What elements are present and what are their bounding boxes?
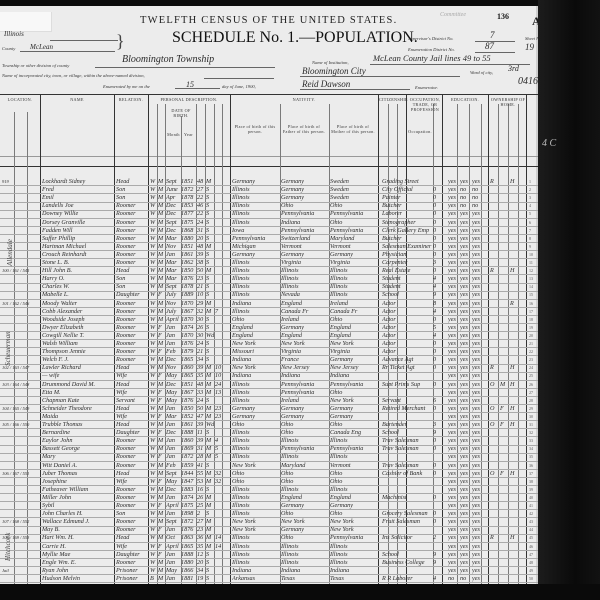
- table-row: EmilSonWMApr187822SIllinoisGermanySweden…: [0, 194, 538, 202]
- cell-year: 1872: [181, 186, 196, 194]
- cell-mbirth: Virginia: [330, 348, 378, 356]
- cell-write: yes: [460, 510, 470, 518]
- cell-write: yes: [460, 534, 470, 542]
- cell-read: yes: [448, 324, 458, 332]
- table-row: JosephineWifeWFMay184753M32OhioOhioOhioy…: [0, 478, 538, 486]
- cell-mbirth: Germany: [330, 356, 378, 364]
- cell-mo: 4: [433, 275, 441, 283]
- cell-mo: 0: [433, 462, 441, 470]
- stamp-mark: Committee: [440, 12, 466, 18]
- cell-mar: M: [206, 502, 214, 510]
- cell-year: 1870: [181, 300, 196, 308]
- cell-age: 30: [197, 316, 205, 324]
- cell-color: W: [150, 202, 157, 210]
- cell-rel: Son: [116, 275, 148, 283]
- cell-read: yes: [448, 235, 458, 243]
- cell-eng: yes: [472, 283, 482, 291]
- table-row: Etta M.WifeWFMay186733M13IllinoisPennsyl…: [0, 389, 538, 397]
- cell-occ: Laborer: [382, 210, 432, 218]
- cell-fbirth: Germany: [281, 526, 329, 534]
- cell-write: yes: [460, 502, 470, 510]
- cell-fbirth: Ireland: [281, 397, 329, 405]
- cell-occ: Actor: [382, 340, 432, 348]
- cell-color: W: [150, 210, 157, 218]
- cell-name: Ryan John: [42, 567, 114, 575]
- cell-year: 1867: [181, 308, 196, 316]
- table-row: 108 / 169 / 553Hart Wm. H.HeadWMOct18633…: [0, 534, 538, 542]
- cell-sex: F: [158, 551, 165, 559]
- cell-name: Juber Thomas: [42, 470, 114, 478]
- cell-pbirth: Illinois: [232, 502, 280, 510]
- table-row: Fatheaver WilliamRoomerWMDec188316SIllin…: [0, 486, 538, 494]
- cell-mbirth: Ohio: [330, 316, 378, 324]
- cell-name: Fred: [42, 186, 114, 194]
- cell-age: 36: [197, 534, 205, 542]
- scan-border-right: 4 C: [538, 0, 600, 600]
- cell-name: Landells Joe: [42, 202, 114, 210]
- cell-mar: S: [206, 227, 214, 235]
- cell-rel: Daughter: [116, 551, 148, 559]
- cell-year: 1874: [181, 494, 196, 502]
- cell-color: W: [150, 300, 157, 308]
- cell-pbirth: Illinois: [232, 267, 280, 275]
- cell-age: 28: [197, 453, 205, 461]
- cell-color: W: [150, 478, 157, 486]
- right-margin-note: 4 C: [542, 138, 556, 149]
- cell-age: 23: [197, 275, 205, 283]
- cell-mo: 0: [433, 316, 441, 324]
- cell-sex: M: [158, 235, 165, 243]
- cell-eng: yes: [472, 219, 482, 227]
- cell-fbirth: Germany: [281, 251, 329, 259]
- cell-age: 24: [197, 397, 205, 405]
- city-value-line: [300, 76, 460, 77]
- cell-rel: Roomer: [116, 316, 148, 324]
- cell-rel: Roomer: [116, 324, 148, 332]
- cell-mar: M: [206, 405, 214, 413]
- cell-mbirth: England: [330, 332, 378, 340]
- cell-year: 1863: [181, 534, 196, 542]
- cell-mo: 0: [433, 202, 441, 210]
- cell-rel: Roomer: [116, 348, 148, 356]
- cell-color: W: [150, 534, 157, 542]
- cell-eng: yes: [472, 381, 482, 389]
- cell-occ: City Official: [382, 186, 432, 194]
- cell-rel: Son: [116, 194, 148, 202]
- cell-occ: Machinist: [382, 494, 432, 502]
- cell-color: W: [150, 259, 157, 267]
- cell-mo: 9: [433, 291, 441, 299]
- cell-occ: Painter: [382, 194, 432, 202]
- cell-rel: Wife: [116, 478, 148, 486]
- ward-label: Ward of city,: [470, 70, 493, 75]
- table-row: 100 / 161 / 545Hill John B.HeadWMMar1850…: [0, 267, 538, 275]
- cell-read: yes: [448, 283, 458, 291]
- cell-color: W: [150, 275, 157, 283]
- cell-name: Downey Willie: [42, 210, 114, 218]
- cell-pbirth: Illinois: [232, 275, 280, 283]
- cell-line: 31: [529, 421, 537, 429]
- cell-line: 33: [529, 437, 537, 445]
- table-row: Miller JohnRoomerWMJan187426MIllinoisEng…: [0, 494, 538, 502]
- cell-read: yes: [448, 227, 458, 235]
- cell-own: R: [490, 364, 498, 372]
- table-row: John Charles H.SonWMJan18982SIllinoisOhi…: [0, 510, 538, 518]
- cell-name: Crouch Reinhardt: [42, 251, 114, 259]
- cell-eng: yes: [472, 332, 482, 340]
- table-row: Welch F. J.RoomerWMDec186534SIndianaFran…: [0, 356, 538, 364]
- cell-sex: M: [158, 227, 165, 235]
- cell-write: yes: [460, 486, 470, 494]
- cell-mbirth: Illinois: [330, 275, 378, 283]
- col-location: LOCATION.: [2, 97, 38, 102]
- cell-pbirth: Illinois: [232, 219, 280, 227]
- cell-yrs: 14: [215, 534, 222, 542]
- cell-year: 1844: [181, 470, 196, 478]
- cell-name: Stone L. B.: [42, 259, 114, 267]
- cell-pbirth: England: [232, 332, 280, 340]
- cell-line: 30: [529, 413, 537, 421]
- cell-yrs: 4: [215, 437, 222, 445]
- cell-own: O: [490, 470, 498, 478]
- col-place-father: Place of birth of Father of this person.: [281, 124, 327, 134]
- cell-sex: M: [158, 494, 165, 502]
- cell-mbirth: Pennsylvania: [330, 227, 378, 235]
- cell-eng: yes: [472, 291, 482, 299]
- cell-read: yes: [448, 470, 458, 478]
- cell-mbirth: Pennsylvania: [330, 381, 378, 389]
- cell-color: W: [150, 470, 157, 478]
- cell-occ: Trav Salesman: [382, 445, 432, 453]
- census-sheet: TWELFTH CENSUS OF THE UNITED STATES. SCH…: [0, 6, 538, 584]
- table-row: 105 / 166 / 550Trubble ThomasHeadWMJan18…: [0, 421, 538, 429]
- cell-fbirth: Canada Fr: [281, 308, 329, 316]
- table-row: Dwyer ElizabethRoomerWFJan187426SEngland…: [0, 324, 538, 332]
- cell-mbirth: Sweden: [330, 186, 378, 194]
- cell-line: 38: [529, 478, 537, 486]
- cell-name: Dorsey Granville: [42, 219, 114, 227]
- cell-fbirth: Pennsylvania: [281, 381, 329, 389]
- cell-mo: 0: [433, 219, 441, 227]
- cell-fbirth: Pennsylvania: [281, 389, 329, 397]
- cell-yrs: 14: [215, 543, 222, 551]
- cell-sex: F: [158, 453, 165, 461]
- cell-age: 10: [197, 291, 205, 299]
- cell-yrs: 32: [215, 478, 222, 486]
- cell-sex: M: [158, 219, 165, 227]
- cell-name: Eaylor John: [42, 437, 114, 445]
- cell-mbirth: Illinois: [330, 453, 378, 461]
- cell-color: W: [150, 332, 157, 340]
- cell-write: yes: [460, 316, 470, 324]
- cell-sex: M: [158, 300, 165, 308]
- cell-year: 1880: [181, 235, 196, 243]
- cell-write: yes: [460, 543, 470, 551]
- cell-fbirth: France: [281, 356, 329, 364]
- cell-fbirth: England: [281, 494, 329, 502]
- cell-color: W: [150, 227, 157, 235]
- cell-rel: Roomer: [116, 502, 148, 510]
- table-row: Mabelle L.DaughterWFJuly188910SIllinoisN…: [0, 291, 538, 299]
- table-row: MaryRoomerWFJan187228M5IllinoisIllinoisI…: [0, 453, 538, 461]
- cell-pbirth: Missouri: [232, 348, 280, 356]
- cell-pbirth: Illinois: [232, 210, 280, 218]
- cell-mbirth: Illinois: [330, 559, 378, 567]
- cell-eng: yes: [472, 551, 482, 559]
- cell-eng: yes: [472, 559, 482, 567]
- cell-mbirth: Germany: [330, 405, 378, 413]
- cell-color: W: [150, 283, 157, 291]
- table-row: Landells JoeRoomerWMDec185346SIllinoisOh…: [0, 202, 538, 210]
- cell-color: B: [150, 575, 157, 583]
- table-row: 103 / 164 / 548Drummond David M.HeadWMDe…: [0, 381, 538, 389]
- institution-line: [370, 64, 530, 65]
- cell-name: Sybil: [42, 502, 114, 510]
- cell-name: Charles W.: [42, 283, 114, 291]
- cell-mar: M: [206, 308, 214, 316]
- cell-name: Mary: [42, 453, 114, 461]
- cell-yrs: 24: [215, 381, 222, 389]
- cell-color: W: [150, 340, 157, 348]
- table-row: 102 / 163 / 547Lawler RichardHeadWMNov18…: [0, 364, 538, 372]
- cell-month: April: [166, 502, 180, 510]
- cell-month: Sept: [166, 283, 180, 291]
- cell-read: yes: [448, 251, 458, 259]
- cell-rel: Prisoner: [116, 567, 148, 575]
- cell-color: W: [150, 316, 157, 324]
- cell-month: May: [166, 397, 180, 405]
- cell-fbirth: Germany: [281, 194, 329, 202]
- cell-eng: yes: [472, 486, 482, 494]
- cell-pbirth: Germany: [232, 251, 280, 259]
- cell-write: yes: [460, 462, 470, 470]
- cell-mo: 5: [433, 324, 441, 332]
- table-row: 104 / 165 / 549Schneider TheodoreHeadWMJ…: [0, 405, 538, 413]
- cell-line: 28: [529, 397, 537, 405]
- cell-mbirth: New Jersey: [330, 364, 378, 372]
- cell-mo: 0: [433, 210, 441, 218]
- cell-eng: yes: [472, 243, 482, 251]
- city-label: Name of incorporated city, town, or vill…: [2, 73, 145, 78]
- cell-mo: 3: [433, 421, 441, 429]
- cell-sex: F: [158, 413, 165, 421]
- cell-read: yes: [448, 291, 458, 299]
- col-relation: RELATION.: [116, 97, 146, 102]
- cell-name: Bernardine: [42, 429, 114, 437]
- col-place-mother: Place of birth of Mother of this person.: [330, 124, 376, 134]
- cell-occ: Actor: [382, 324, 432, 332]
- cell-month: Jan: [166, 332, 180, 340]
- cell-sex: M: [158, 178, 165, 186]
- cell-mo: 0: [433, 518, 441, 526]
- cell-pbirth: Illinois: [232, 534, 280, 542]
- cell-line: 49: [529, 567, 537, 575]
- cell-line: 21: [529, 340, 537, 348]
- cell-name: Lockhardt Sidney: [42, 178, 114, 186]
- cell-mar: M: [206, 453, 214, 461]
- cell-rel: Head: [116, 364, 148, 372]
- cell-eng: yes: [472, 300, 482, 308]
- cell-eng: yes: [472, 259, 482, 267]
- col-nativity: NATIVITY.: [232, 97, 376, 102]
- cell-write: yes: [460, 283, 470, 291]
- cell-pbirth: Arkansas: [232, 575, 280, 583]
- cell-year: 1866: [181, 567, 196, 575]
- document-title: TWELFTH CENSUS OF THE UNITED STATES.: [140, 15, 397, 26]
- cell-name: Mabelle L.: [42, 291, 114, 299]
- cell-mar: S: [206, 348, 214, 356]
- cell-sex: M: [158, 186, 165, 194]
- cell-year: 1865: [181, 543, 196, 551]
- cell-month: Jan: [166, 551, 180, 559]
- cell-sex: M: [158, 210, 165, 218]
- cell-mo: 2: [433, 534, 441, 542]
- cell-mbirth: New York: [330, 340, 378, 348]
- cell-loc: 106 / 167 / 551: [2, 470, 38, 478]
- cell-mo: 0: [433, 186, 441, 194]
- state-line: [50, 40, 118, 41]
- cell-mo: 0: [433, 267, 441, 275]
- cell-occ: Trav Salesman: [382, 437, 432, 445]
- cell-color: W: [150, 567, 157, 575]
- cell-read: yes: [448, 510, 458, 518]
- cell-fbirth: Vermont: [281, 243, 329, 251]
- cell-year: 1861: [181, 421, 196, 429]
- cell-eng: yes: [472, 518, 482, 526]
- cell-sex: M: [158, 364, 165, 372]
- cell-age: 26: [197, 494, 205, 502]
- cell-sex: F: [158, 397, 165, 405]
- cell-eng: yes: [472, 567, 482, 575]
- cell-pbirth: Illinois: [232, 510, 280, 518]
- cell-occ: Butcher: [382, 202, 432, 210]
- cell-eng: yes: [472, 227, 482, 235]
- cell-year: 1877: [181, 210, 196, 218]
- cell-mbirth: Indiana: [330, 567, 378, 575]
- cell-write: yes: [460, 478, 470, 486]
- cell-age: 38: [197, 259, 205, 267]
- cell-year: 1850: [181, 405, 196, 413]
- cell-pbirth: Illinois: [232, 429, 280, 437]
- cell-month: Mar: [166, 413, 180, 421]
- cell-eng: yes: [472, 405, 482, 413]
- cell-age: 48: [197, 381, 205, 389]
- cell-read: yes: [448, 534, 458, 542]
- cell-rel: Roomer: [116, 332, 148, 340]
- cell-line: 44: [529, 526, 537, 534]
- cell-sex: M: [158, 567, 165, 575]
- cell-free: M: [500, 381, 508, 389]
- cell-month: Jan: [166, 437, 180, 445]
- col-place-person: Place of birth of this person.: [232, 124, 278, 134]
- cell-month: Mar: [166, 259, 180, 267]
- cell-rel: Roomer: [116, 340, 148, 348]
- cell-occ: Servant: [382, 397, 432, 405]
- cell-color: W: [150, 559, 157, 567]
- cell-pbirth: Illinois: [232, 381, 280, 389]
- cell-age: 50: [197, 267, 205, 275]
- cell-write: yes: [460, 219, 470, 227]
- cell-eng: yes: [472, 494, 482, 502]
- cell-color: W: [150, 251, 157, 259]
- cell-line: 22: [529, 348, 537, 356]
- cell-sex: M: [158, 534, 165, 542]
- cell-sex: F: [158, 526, 165, 534]
- cell-age: 25: [197, 502, 205, 510]
- cell-fbirth: Ohio: [281, 429, 329, 437]
- cell-rel: Roomer: [116, 251, 148, 259]
- cell-year: 1865: [181, 372, 196, 380]
- cell-name: Dwyer Elizabeth: [42, 324, 114, 332]
- supervisor-line: [475, 41, 515, 42]
- cell-mo: 0: [433, 340, 441, 348]
- cell-name: May B.: [42, 526, 114, 534]
- cell-read: yes: [448, 559, 458, 567]
- cell-occ: Actor: [382, 316, 432, 324]
- cell-year: 1847: [181, 478, 196, 486]
- cell-write: yes: [460, 453, 470, 461]
- cell-fbirth: Germany: [281, 413, 329, 421]
- cell-name: Miller John: [42, 494, 114, 502]
- cell-occ: School: [382, 291, 432, 299]
- cell-color: W: [150, 324, 157, 332]
- cell-name: John Charles H.: [42, 510, 114, 518]
- cell-fbirth: Illinois: [281, 453, 329, 461]
- cell-month: Jan: [166, 526, 180, 534]
- cell-year: 1868: [181, 227, 196, 235]
- cell-fbirth: Ohio: [281, 510, 329, 518]
- table-row: BernardineDaughterWFDec188811SIllinoisOh…: [0, 429, 538, 437]
- cell-name: Chapman Kate: [42, 397, 114, 405]
- cell-yrs: 23: [215, 413, 222, 421]
- cell-year: 1872: [181, 453, 196, 461]
- cell-occ: School: [382, 429, 432, 437]
- cell-fbirth: Ohio: [281, 421, 329, 429]
- cell-color: W: [150, 186, 157, 194]
- cell-line: 3: [529, 194, 537, 202]
- cell-rel: Roomer: [116, 494, 148, 502]
- cell-sex: F: [158, 324, 165, 332]
- cell-sex: M: [158, 308, 165, 316]
- cell-year: 1860: [181, 364, 196, 372]
- cell-sex: F: [158, 502, 165, 510]
- cell-eng: yes: [472, 421, 482, 429]
- cell-line: 12: [529, 267, 537, 275]
- cell-read: yes: [448, 356, 458, 364]
- cell-mar: M: [206, 518, 214, 526]
- cell-line: 50: [529, 575, 537, 583]
- cell-mbirth: Illinois: [330, 283, 378, 291]
- cell-eng: yes: [472, 340, 482, 348]
- cell-farm: H: [510, 534, 518, 542]
- cell-color: W: [150, 462, 157, 470]
- cell-line: 24: [529, 364, 537, 372]
- cell-name: Hartman Michael: [42, 243, 114, 251]
- enumerator-label: Enumerator.: [415, 85, 438, 90]
- table-row: Eaylor JohnRoomerWMJan186039M4IllinoisIl…: [0, 437, 538, 445]
- cell-pbirth: Indiana: [232, 300, 280, 308]
- cell-eng: yes: [472, 478, 482, 486]
- cell-mbirth: Germany: [330, 502, 378, 510]
- cell-occ: Rr Ticket Agt: [382, 364, 432, 372]
- cell-age: 53: [197, 478, 205, 486]
- cell-rel: Roomer: [116, 486, 148, 494]
- cell-rel: Head: [116, 405, 148, 413]
- cell-mar: M: [206, 243, 214, 251]
- cell-mbirth: Maryland: [330, 235, 378, 243]
- cell-rel: Roomer: [116, 462, 148, 470]
- cell-read: yes: [448, 178, 458, 186]
